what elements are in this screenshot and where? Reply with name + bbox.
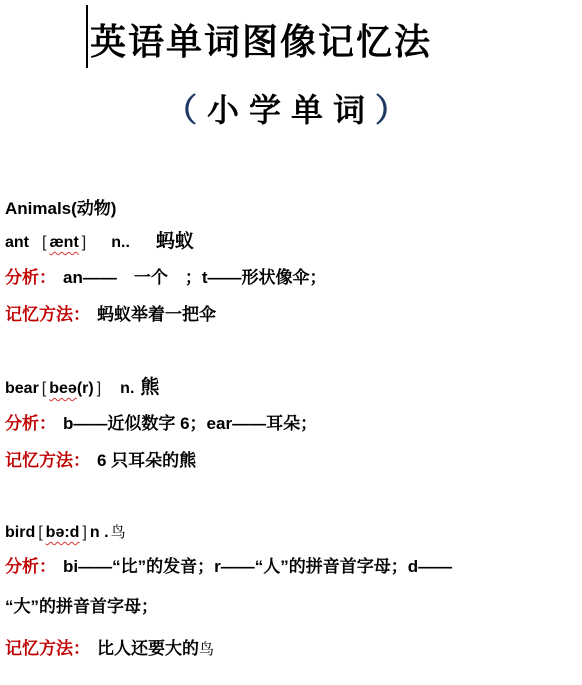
memory-text: 6 只耳朵的熊	[97, 451, 196, 470]
entry-analysis-bear[interactable]: 分析：b——近似数字 6；ear——耳朵；	[5, 412, 317, 436]
document-title[interactable]: 英语单词图像记忆法	[90, 14, 432, 65]
phonetic-text: ænt	[49, 234, 78, 251]
meaning-text: 蚂蚁	[156, 231, 194, 252]
analysis-text: an—— 一个 ；t——形状像伞；	[63, 268, 327, 287]
phonetic-bracket-close: ]	[79, 524, 89, 541]
label-colon: ：	[73, 451, 90, 470]
entry-analysis-bird[interactable]: 分析：bi——“比”的发音；r——“人”的拼音首字母；d——“大”的拼音首字母；	[5, 555, 579, 619]
analysis-label: 分析	[5, 414, 39, 433]
phonetic-text: bə:d	[46, 524, 80, 541]
headword-text: bird	[5, 524, 35, 541]
entry-headword-bird[interactable]: bird[bə:d]n .鸟	[5, 520, 126, 545]
subtitle-paren-open: （	[165, 92, 207, 128]
analysis-text-line1: bi——“比”的发音；r——“人”的拼音首字母；d——	[63, 557, 452, 576]
subtitle-text: 小学单词	[207, 92, 375, 128]
label-colon: ：	[39, 268, 56, 287]
label-colon: ：	[73, 639, 90, 658]
memory-label: 记忆方法	[5, 639, 73, 658]
part-of-speech: n..	[111, 234, 130, 251]
memory-text: 比人还要大的	[97, 639, 199, 658]
entry-headword-ant[interactable]: ant[ænt]n..蚂蚁	[5, 230, 194, 255]
text-cursor	[86, 5, 88, 68]
label-colon: ：	[73, 305, 90, 324]
phonetic-bracket-close: ]	[94, 380, 104, 397]
memory-label: 记忆方法	[5, 305, 73, 324]
analysis-label: 分析	[5, 557, 39, 576]
entry-analysis-ant[interactable]: 分析：an—— 一个 ；t——形状像伞；	[5, 266, 327, 290]
phonetic-text: beə	[49, 380, 77, 397]
analysis-label: 分析	[5, 268, 39, 287]
memory-text: 蚂蚁举着一把伞	[97, 305, 216, 324]
phonetic-bracket-open: [	[35, 524, 45, 541]
label-colon: ：	[39, 414, 56, 433]
subtitle-paren-close: ）	[375, 92, 417, 128]
part-of-speech: n .	[90, 524, 109, 541]
headword-text: ant	[5, 234, 29, 251]
entry-memory-ant[interactable]: 记忆方法：蚂蚁举着一把伞	[5, 303, 216, 327]
meaning-text: 熊	[140, 377, 159, 398]
document-subtitle[interactable]: （小学单词）	[0, 85, 582, 131]
section-heading[interactable]: Animals(动物)	[5, 197, 116, 221]
entry-memory-bear[interactable]: 记忆方法：6 只耳朵的熊	[5, 449, 196, 473]
phonetic-bracket-open: [	[39, 380, 49, 397]
memory-label: 记忆方法	[5, 451, 73, 470]
analysis-text-line2: “大”的拼音首字母；	[5, 595, 579, 619]
analysis-text: b——近似数字 6；ear——耳朵；	[63, 414, 317, 433]
phonetic-rest: (r)	[77, 380, 94, 397]
phonetic-bracket-close: ]	[79, 234, 89, 251]
entry-memory-bird[interactable]: 记忆方法：比人还要大的鸟	[5, 637, 214, 662]
memory-text-suffix: 鸟	[199, 642, 214, 658]
label-colon: ：	[39, 557, 56, 576]
headword-text: bear	[5, 380, 39, 397]
part-of-speech: n.	[120, 380, 134, 397]
phonetic-bracket-open: [	[39, 234, 49, 251]
document-page[interactable]: 英语单词图像记忆法 （小学单词） Animals(动物) ant[ænt]n..…	[0, 0, 582, 685]
meaning-text: 鸟	[111, 525, 126, 541]
entry-headword-bear[interactable]: bear[beə(r)]n.熊	[5, 376, 159, 401]
